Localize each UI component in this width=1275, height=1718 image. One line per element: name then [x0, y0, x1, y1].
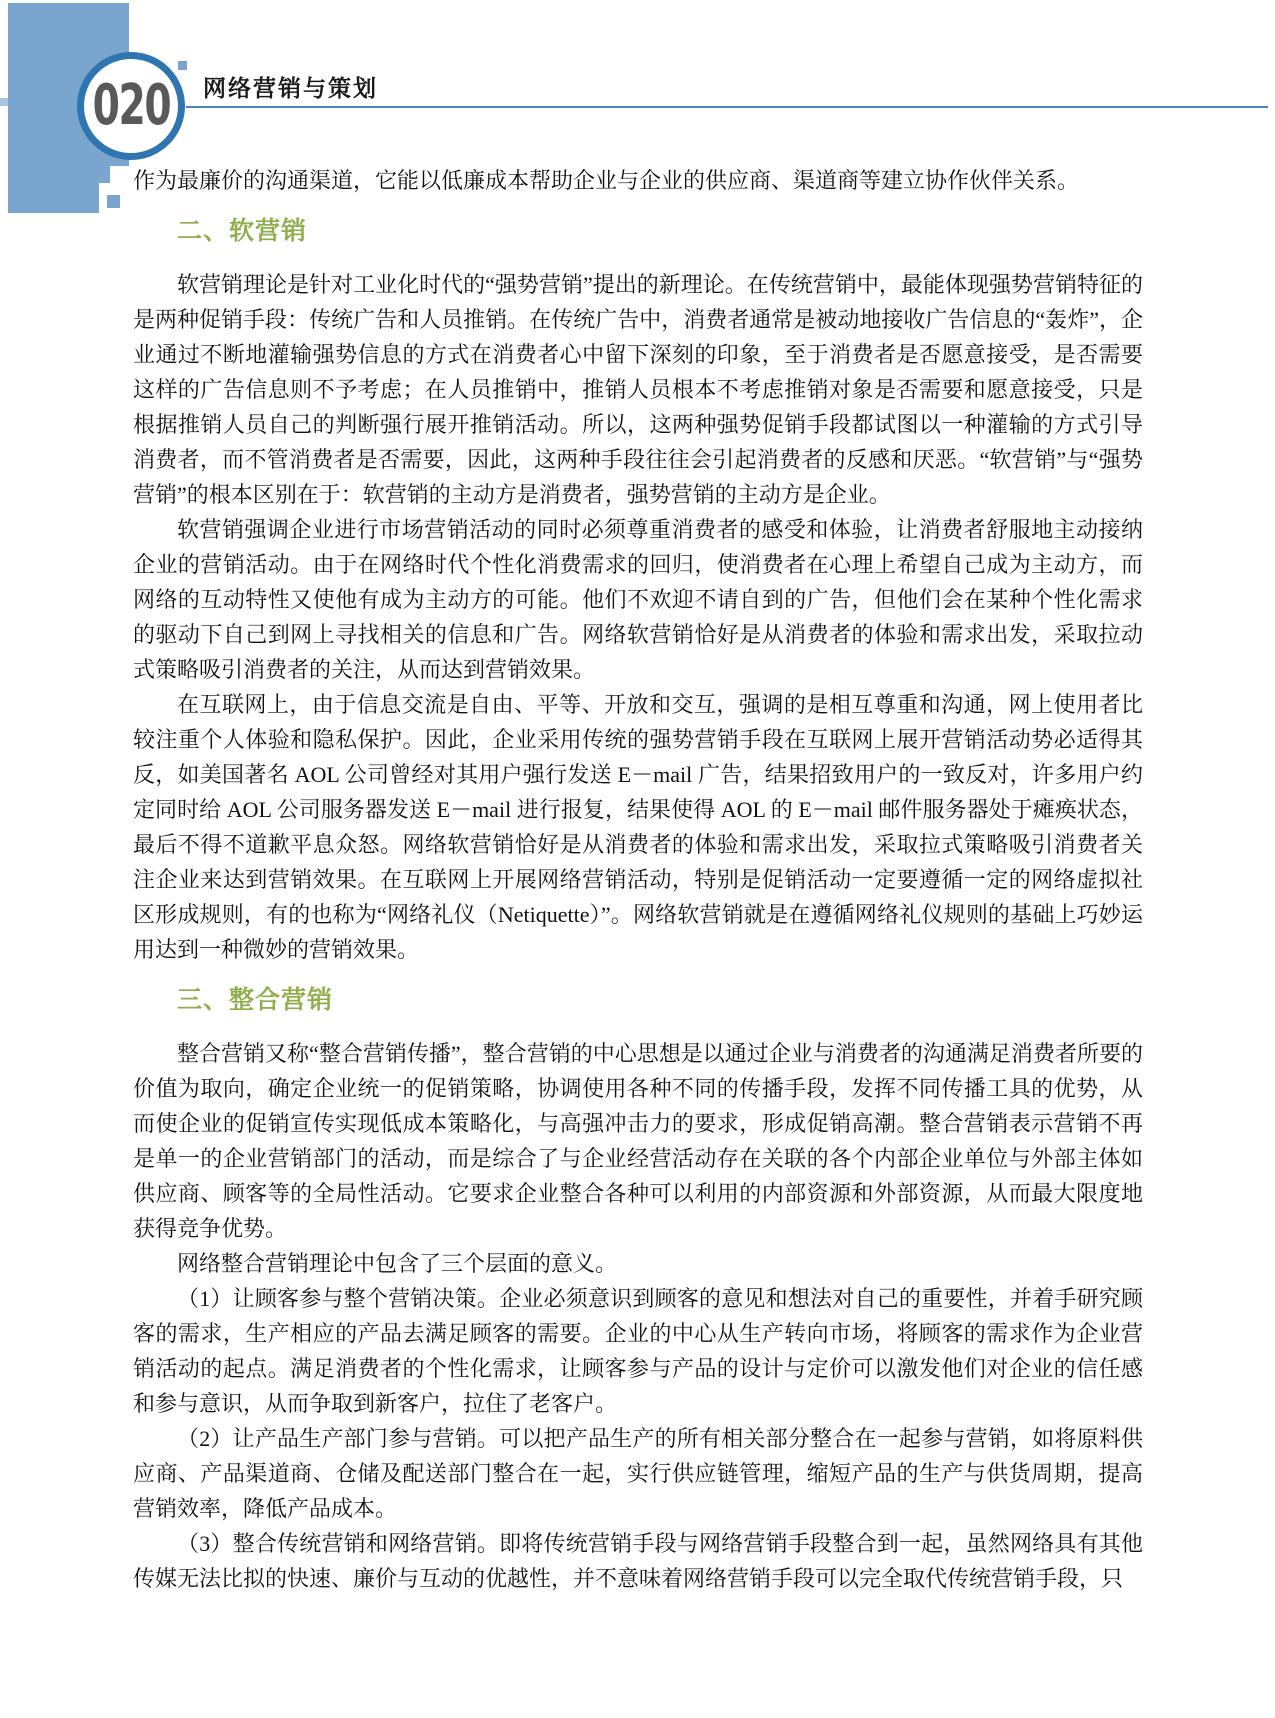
- book-page: 020 网络营销与策划 作为最廉价的沟通渠道，它能以低廉成本帮助企业与企业的供应…: [0, 0, 1275, 1718]
- paragraph: （3）整合传统营销和网络营销。即将传统营销手段与网络营销手段整合到一起，虽然网络…: [133, 1526, 1143, 1596]
- paragraph: 软营销强调企业进行市场营销活动的同时必须尊重消费者的感受和体验，让消费者舒服地主…: [133, 512, 1143, 687]
- paragraph: 整合营销又称“整合营销传播”，整合营销的中心思想是以通过企业与消费者的沟通满足消…: [133, 1036, 1143, 1246]
- paragraph: （1）让顾客参与整个营销决策。企业必须意识到顾客的意见和想法对自己的重要性，并着…: [133, 1281, 1143, 1421]
- paragraph: （2）让产品生产部门参与营销。可以把产品生产的所有相关部分整合在一起参与营销，如…: [133, 1421, 1143, 1526]
- paragraph: 软营销理论是针对工业化时代的“强势营销”提出的新理论。在传统营销中，最能体现强势…: [133, 267, 1143, 512]
- decor-pixel-square-bottom: [107, 195, 120, 208]
- paragraph: 网络整合营销理论中包含了三个层面的意义。: [133, 1246, 1143, 1281]
- decor-blue-step-2: [8, 183, 99, 213]
- section-heading-integrated-marketing: 三、整合营销: [177, 983, 1143, 1018]
- decor-pixel-square-left: [0, 98, 8, 106]
- paragraph-continuation: 作为最廉价的沟通渠道，它能以低廉成本帮助企业与企业的供应商、渠道商等建立协作伙伴…: [133, 163, 1143, 198]
- paragraph: 在互联网上，由于信息交流是自由、平等、开放和交互，强调的是相互尊重和沟通，网上使…: [133, 687, 1143, 967]
- section-heading-soft-marketing: 二、软营销: [177, 214, 1143, 249]
- header-rule: [186, 106, 1268, 108]
- book-title: 网络营销与策划: [203, 70, 378, 103]
- decor-pixel-square-top: [178, 61, 187, 70]
- page-number: 020: [92, 78, 170, 134]
- page-content: 作为最廉价的沟通渠道，它能以低廉成本帮助企业与企业的供应商、渠道商等建立协作伙伴…: [133, 163, 1143, 1596]
- page-number-badge: 020: [77, 52, 185, 160]
- decor-blue-step-1: [8, 166, 110, 183]
